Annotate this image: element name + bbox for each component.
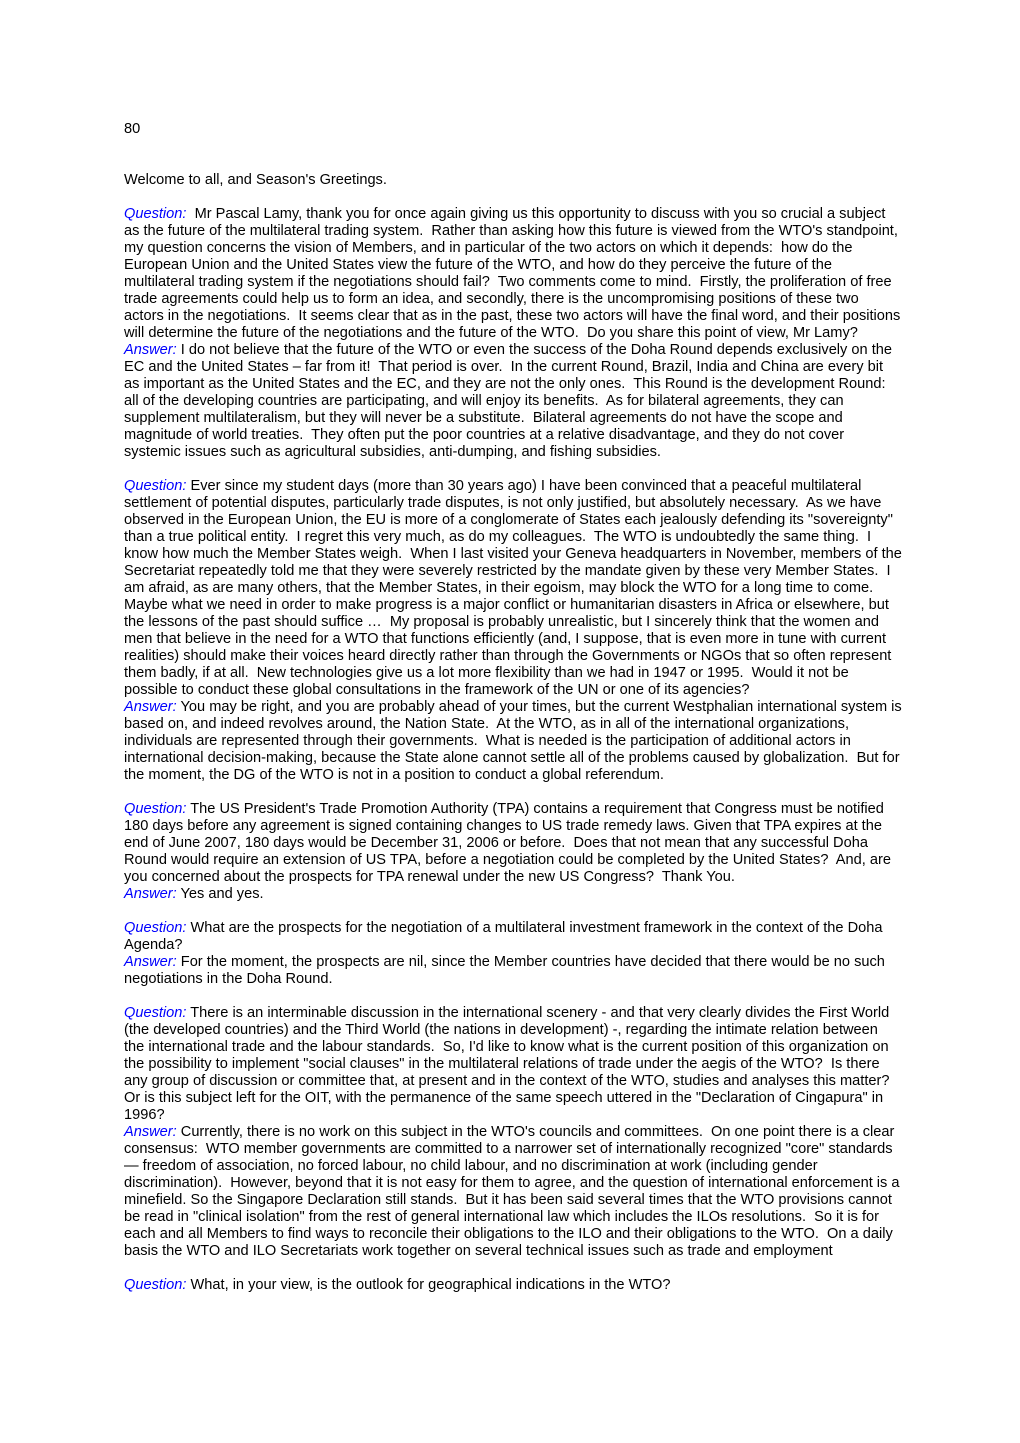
qa-block: Question: The US President's Trade Promo… (124, 801, 902, 903)
answer-paragraph: Answer: You may be right, and you are pr… (124, 699, 902, 784)
greeting-line: Welcome to all, and Season's Greetings. (124, 172, 902, 189)
question-text: The US President's Trade Promotion Autho… (124, 801, 895, 885)
question-text: There is an interminable discussion in t… (124, 1005, 894, 1123)
question-label: Question: (124, 920, 186, 936)
qa-block: Question: Ever since my student days (mo… (124, 478, 902, 784)
question-paragraph: Question: What are the prospects for the… (124, 920, 902, 954)
question-paragraph: Question: Ever since my student days (mo… (124, 478, 902, 699)
answer-paragraph: Answer: For the moment, the prospects ar… (124, 954, 902, 988)
answer-text: I do not believe that the future of the … (124, 342, 896, 460)
qa-block: Question: What are the prospects for the… (124, 920, 902, 988)
document-page: 80 Welcome to all, and Season's Greeting… (0, 0, 1020, 1443)
question-text: What are the prospects for the negotiati… (124, 920, 886, 953)
qa-block: Question: What, in your view, is the out… (124, 1277, 902, 1294)
page-content: 80 Welcome to all, and Season's Greeting… (124, 121, 902, 1311)
question-label: Question: (124, 206, 186, 222)
question-text: Ever since my student days (more than 30… (124, 478, 906, 698)
answer-text: Currently, there is no work on this subj… (124, 1124, 904, 1259)
answer-label: Answer: (124, 342, 177, 358)
question-paragraph: Question: What, in your view, is the out… (124, 1277, 902, 1294)
answer-paragraph: Answer: Currently, there is no work on t… (124, 1124, 902, 1260)
question-text: Mr Pascal Lamy, thank you for once again… (124, 206, 904, 341)
answer-label: Answer: (124, 1124, 177, 1140)
question-label: Question: (124, 801, 186, 817)
question-paragraph: Question: Mr Pascal Lamy, thank you for … (124, 206, 902, 342)
answer-text: You may be right, and you are probably a… (124, 699, 906, 783)
answer-label: Answer: (124, 699, 177, 715)
qa-block: Question: There is an interminable discu… (124, 1005, 902, 1260)
page-number: 80 (124, 121, 902, 138)
question-text: What, in your view, is the outlook for g… (186, 1277, 670, 1293)
qa-block: Question: Mr Pascal Lamy, thank you for … (124, 206, 902, 461)
question-label: Question: (124, 478, 186, 494)
answer-label: Answer: (124, 886, 177, 902)
answer-text: For the moment, the prospects are nil, s… (124, 954, 889, 987)
question-label: Question: (124, 1005, 186, 1021)
question-paragraph: Question: There is an interminable discu… (124, 1005, 902, 1124)
answer-label: Answer: (124, 954, 177, 970)
question-label: Question: (124, 1277, 186, 1293)
question-paragraph: Question: The US President's Trade Promo… (124, 801, 902, 886)
answer-paragraph: Answer: Yes and yes. (124, 886, 902, 903)
answer-paragraph: Answer: I do not believe that the future… (124, 342, 902, 461)
answer-text: Yes and yes. (177, 886, 264, 902)
